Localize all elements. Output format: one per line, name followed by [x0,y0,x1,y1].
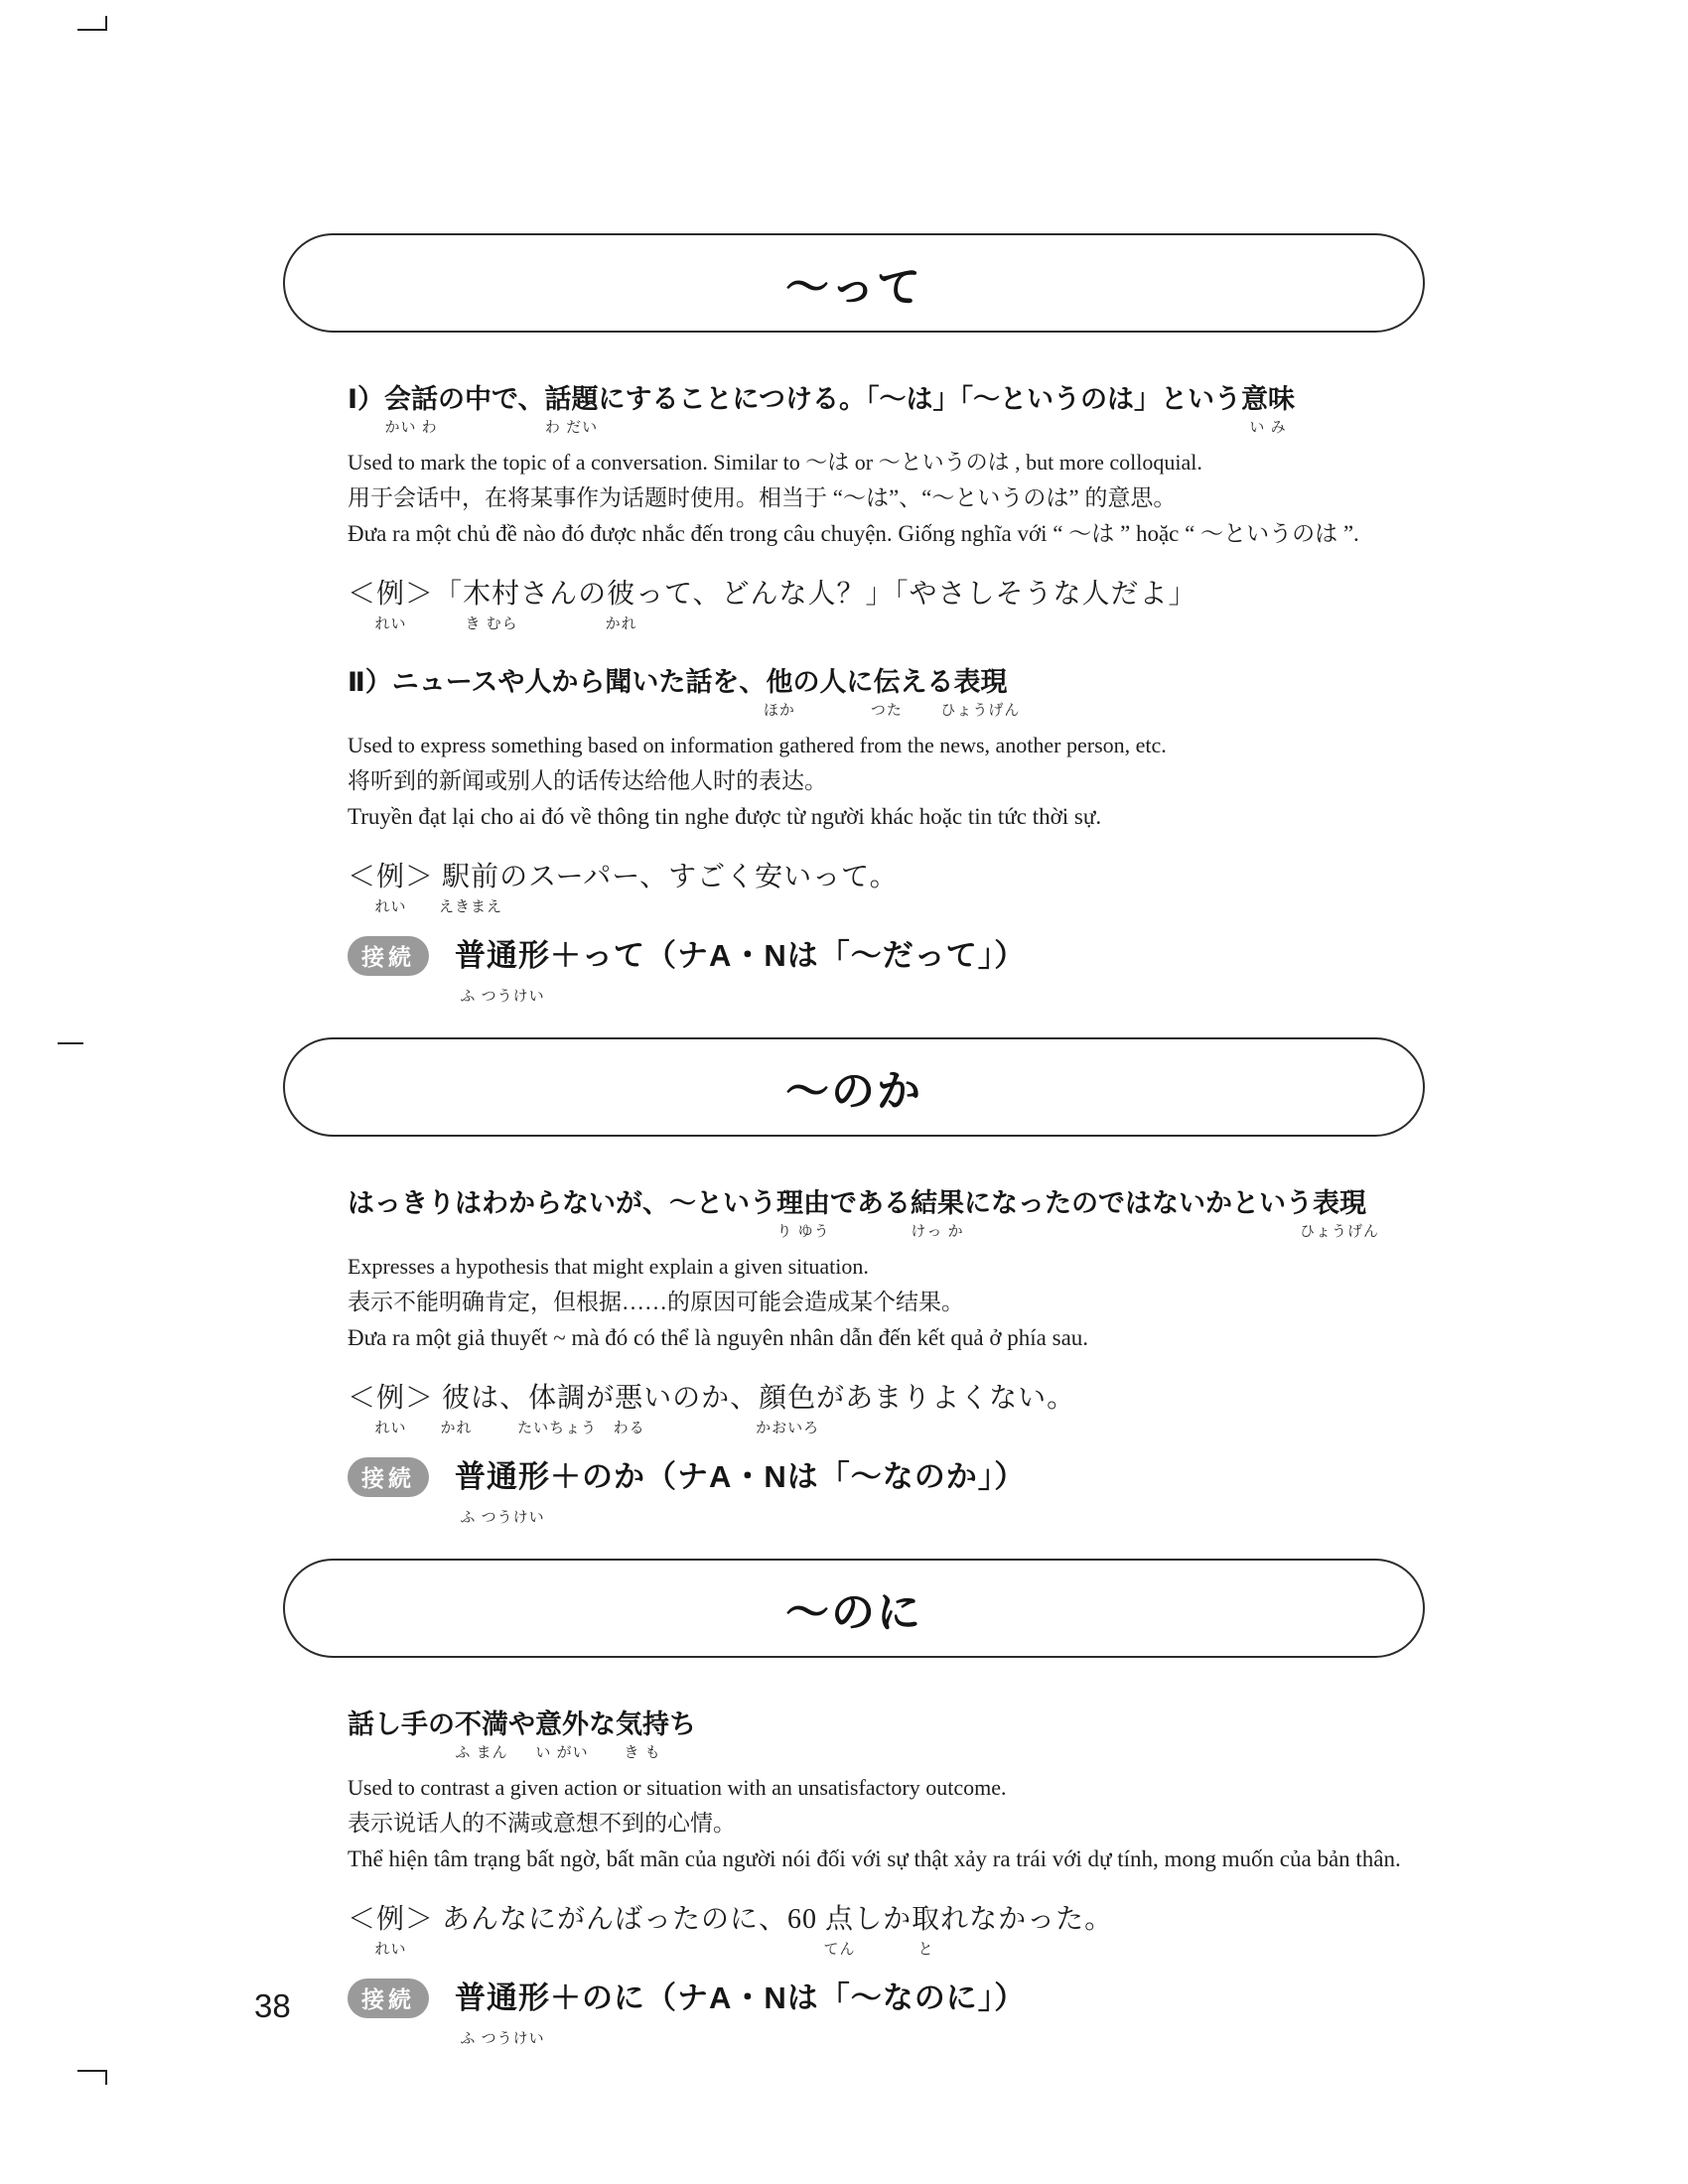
connection-row: 接続 普通形ふ つうけい＋のに（ナA・Nは「〜なのに」） [348,1979,1460,2046]
translation-chinese: 表示说话人的不满或意想不到的心情。 [348,1806,1460,1842]
crop-mark-bottom-left [77,2070,107,2085]
connection-pattern: 普通形ふ つうけい＋のか（ナA・Nは「〜なのか」） [455,1457,1026,1497]
connection-pattern: 普通形ふ つうけい＋って（ナA・Nは「〜だって」） [455,936,1026,976]
grammar-title: 〜って [785,251,922,315]
connection-row: 接続 普通形ふ つうけい＋のか（ナA・Nは「〜なのか」） [348,1457,1460,1525]
crop-mark-top-left [77,16,107,31]
connection-badge: 接続 [348,936,429,976]
grammar-title: 〜のに [785,1576,922,1640]
textbook-page: 〜って Ⅰ）会話かい わの中で、話題わ だいにすることにつける。「〜は」「〜とい… [0,233,1688,2046]
crop-mark-left [58,1042,83,1044]
translation-vietnamese: Đưa ra một chủ đề nào đó được nhắc đến t… [348,516,1460,552]
usage-heading: Ⅱ）ニュースや人から聞いた話を、他ほかの人に伝つたえる表現ひょうげん [348,665,1460,700]
translation-vietnamese: Truyền đạt lại cho ai đó về thông tin ng… [348,799,1460,835]
translation-english: Used to express something based on infor… [348,728,1460,763]
usage-block-1: Ⅰ）会話かい わの中で、話題わ だいにすることにつける。「〜は」「〜というのは」… [348,382,1460,647]
example-sentence: ＜例れい＞ 彼かれは、体調たいちょうが悪わるいのか、顔色かおいろがあまりよくない… [348,1380,1460,1451]
connection-pattern: 普通形ふ つうけい＋のに（ナA・Nは「〜なのに」） [455,1979,1026,2018]
usage-heading: 話し手の不満ふ まんや意外い がいな気持き もち [348,1707,1460,1742]
page-number: 38 [254,1987,291,2025]
usage-block-2: Ⅱ）ニュースや人から聞いた話を、他ほかの人に伝つたえる表現ひょうげん Used … [348,665,1460,930]
translation-chinese: 表示不能明确肯定，但根据……的原因可能会造成某个结果。 [348,1285,1460,1320]
usage-heading: はっきりはわからないが、〜という理由り ゆうである結果けっ かになったのではない… [348,1186,1460,1221]
connection-badge: 接続 [348,1979,429,2018]
translation-vietnamese: Đưa ra một giả thuyết ~ mà đó có thể là … [348,1320,1460,1356]
example-sentence: ＜例れい＞ 駅前えきまえのスーパー、すごく安いって。 [348,859,1460,930]
usage-block-1: 話し手の不満ふ まんや意外い がいな気持き もち Used to contras… [348,1707,1460,1973]
translation-english: Used to contrast a given action or situa… [348,1770,1460,1806]
translation-chinese: 将听到的新闻或别人的话传达给他人时的表达。 [348,763,1460,799]
section-noka: 〜のか はっきりはわからないが、〜という理由り ゆうである結果けっ かになったの… [0,1037,1688,1525]
section-content: Ⅰ）会話かい わの中で、話題わ だいにすることにつける。「〜は」「〜というのは」… [348,382,1460,1004]
example-sentence: ＜例れい＞ あんなにがんばったのに、60 点てんしか取とれなかった。 [348,1901,1460,1973]
usage-block-1: はっきりはわからないが、〜という理由り ゆうである結果けっ かになったのではない… [348,1186,1460,1451]
translation-english: Expresses a hypothesis that might explai… [348,1249,1460,1285]
section-noni: 〜のに 話し手の不満ふ まんや意外い がいな気持き もち Used to con… [0,1559,1688,2046]
translation-english: Used to mark the topic of a conversation… [348,445,1460,480]
usage-heading: Ⅰ）会話かい わの中で、話題わ だいにすることにつける。「〜は」「〜というのは」… [348,382,1460,417]
grammar-title-pill: 〜のに [283,1559,1425,1658]
translation-vietnamese: Thể hiện tâm trạng bất ngờ, bất mãn của … [348,1842,1460,1877]
section-content: 話し手の不満ふ まんや意外い がいな気持き もち Used to contras… [348,1707,1460,2046]
connection-badge: 接続 [348,1457,429,1497]
connection-row: 接続 普通形ふ つうけい＋って（ナA・Nは「〜だって」） [348,936,1460,1004]
translation-chinese: 用于会话中，在将某事作为话题时使用。相当于 “〜は”、“〜というのは” 的意思。 [348,480,1460,516]
section-tte: 〜って Ⅰ）会話かい わの中で、話題わ だいにすることにつける。「〜は」「〜とい… [0,233,1688,1004]
grammar-title-pill: 〜のか [283,1037,1425,1137]
grammar-title-pill: 〜って [283,233,1425,333]
example-sentence: ＜例れい＞「木村き むらさんの彼かれって、どんな人？」「やさしそうな人だよ」 [348,576,1460,647]
section-content: はっきりはわからないが、〜という理由り ゆうである結果けっ かになったのではない… [348,1186,1460,1525]
grammar-title: 〜のか [785,1055,922,1119]
